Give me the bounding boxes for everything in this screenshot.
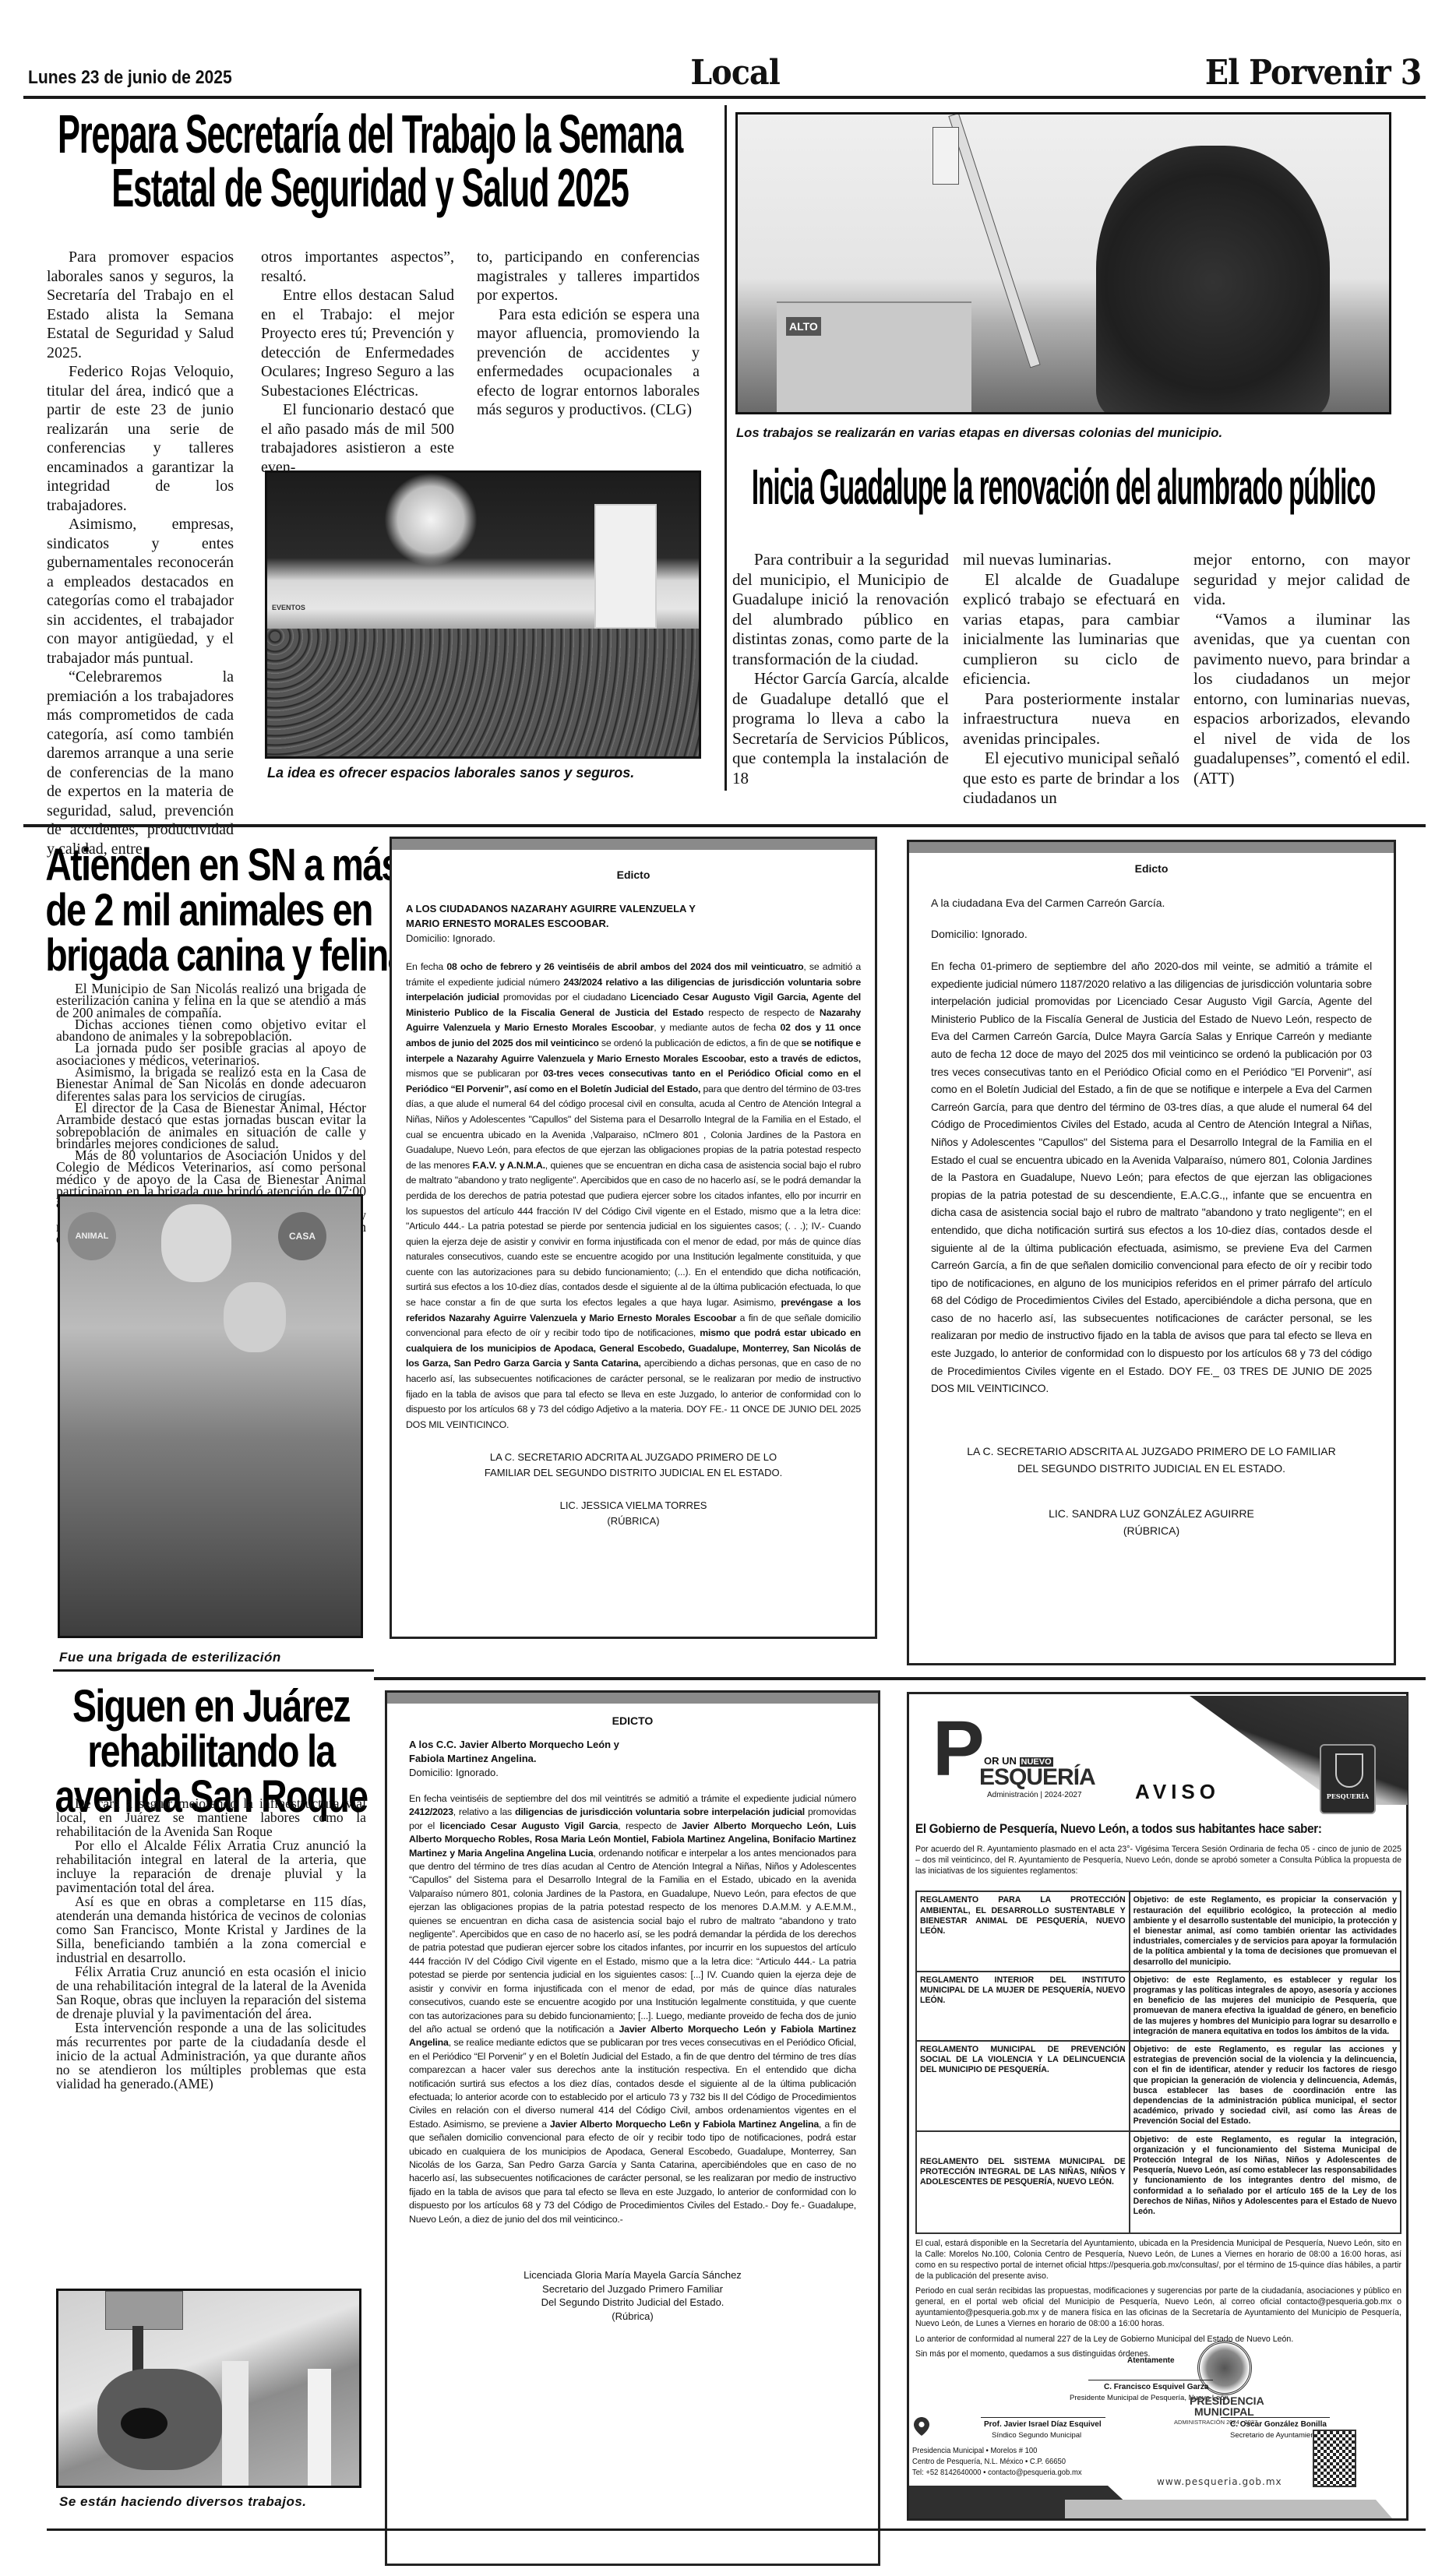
person-4 [308,2369,331,2486]
website-link[interactable]: www.pesqueria.gob.mx [1157,2476,1282,2487]
aviso-title: AVISO [1135,1780,1220,1804]
person-3 [222,2361,249,2486]
aviso-p1: El cual, estará disponible en la Secreta… [915,2239,1401,2282]
person-2 [224,1282,286,1352]
signer2-role: Síndico Segundo Municipal [992,2431,1081,2440]
edicto-3: EDICTO A los C.C. Javier Alberto Morquec… [385,1690,880,2566]
photo-wall-panel [594,504,657,629]
table-row: REGLAMENTO INTERIOR DEL INSTITUTO MUNICI… [916,1972,1401,2041]
logo-letter: P [933,1710,985,1788]
edicto-addressee: A LOS CIUDADANOS NAZARAHY AGUIRRE VALENZ… [406,901,861,931]
edicto-1: Edicto A LOS CIUDADANOS NAZARAHY AGUIRRE… [390,837,877,1639]
chandelier [384,473,478,566]
guadalupe-col-2: mil nuevas luminarias. El alcalde de Gua… [963,550,1179,809]
edicto-title: EDICTO [387,1714,878,1727]
edicto-title: Edicto [909,862,1394,875]
edicto-domicilio: Domicilio: Ignorado. [931,928,1372,940]
table-row: REGLAMENTO MUNICIPAL DE PREVENCIÓN SOCIA… [916,2041,1401,2131]
municipal-shield: PESQUERÍA [1320,1744,1376,1814]
sn-rule [53,1669,374,1672]
caption-trabajo: La idea es ofrecer espacios laborales sa… [267,765,634,781]
drain-pipe [121,2408,167,2439]
trabajo-col-3: to, participando en conferencias magistr… [477,248,700,420]
aviso-lead: El Gobierno de Pesquería, Nuevo León, a … [915,1822,1363,1837]
edicto-2: Edicto A la ciudadana Eva del Carmen Car… [907,840,1396,1665]
qr-code [1313,2430,1356,2487]
headline-sn: Atienden en SN a más de 2 mil animales e… [51,843,366,978]
caption-guadalupe: Los trabajos se realizarán en varias eta… [736,425,1222,441]
headline-guadalupe: Inicia Guadalupe la renovación del alumb… [732,463,1394,512]
newspaper-brand: El Porvenir 3 [1204,53,1421,93]
aviso-pesqueria: P OR UN NUEVO ESQUERÍA Administración | … [907,1692,1408,2521]
trabajo-col-2: otros importantes aspectos”, resaltó. En… [261,248,454,477]
aviso-p2: Periodo en cual serán recibidas las prop… [915,2286,1401,2329]
signer1-name: C. Francisco Esquivel Garza [1104,2383,1209,2391]
edicto-title: Edicto [392,869,875,881]
person-1 [161,1204,231,1282]
guadalupe-col-1: Para contribuir a la seguridad del munic… [732,550,949,788]
edicto-addressee: A los C.C. Javier Alberto Morquecho León… [409,1738,856,1766]
photo-brigada: ANIMAL CASA [58,1194,363,1638]
shield-icon [1335,1753,1363,1788]
aviso-intro: Por acuerdo del R. Ayuntamiento plasmado… [915,1845,1401,1876]
excavator [105,2291,183,2330]
atentamente: Atentamente [1127,2356,1175,2365]
edicto-signature: LA C. SECRETARIO ADCRITA AL JUZGADO PRIM… [392,1450,875,1529]
footer-band-light [1065,2500,1392,2518]
bottom-rule-right [374,2528,1426,2531]
edicto-addressee: A la ciudadana Eva del Carmen Carreón Ga… [931,897,1372,909]
edicto-domicilio: Domicilio: Ignorado. [406,931,861,946]
section-rule-2 [374,1677,1426,1680]
aviso-content: El Gobierno de Pesquería, Nuevo León, a … [915,1822,1401,2360]
signer3-role: Secretario de Ayuntamiento [1230,2431,1321,2440]
tree [1096,146,1330,414]
location-pin-icon [914,2417,929,2436]
pesqueria-logo: P OR UN NUEVO ESQUERÍA Administración | … [933,1716,1081,1802]
edicto-domicilio: Domicilio: Ignorado. [409,1766,856,1780]
crane-bucket [933,127,959,185]
crowd [267,629,699,759]
edicto-body: En fecha 01-primero de septiembre del añ… [931,957,1372,1397]
badge-casa: CASA [278,1212,326,1260]
shield-label: PESQUERÍA [1321,1792,1374,1800]
signature-line-3 [1221,2417,1330,2418]
signature-line-2 [981,2417,1105,2418]
caption-juarez: Se están haciendo diversos trabajos. [59,2494,307,2510]
reglamentos-table: REGLAMENTO PARA LA PROTECCIÓN AMBIENTAL,… [915,1891,1401,2234]
section-title: Local [690,53,780,93]
masthead-rule [23,96,1426,99]
edicto-header-bar [392,839,875,850]
headline-trabajo: Prepara Secretaría del Trabajo la Semana… [31,107,709,214]
edicto-body: En fecha 08 ocho de febrero y 26 veintis… [406,960,861,1432]
edicto-signature: Licenciada Gloria María Mayela García Sá… [387,2268,878,2323]
edicto-header-bar [387,1693,878,1704]
photo-sign: EVENTOS [272,604,305,611]
signature-line-1 [1088,2380,1213,2380]
edicto-header-bar [909,842,1394,853]
aviso-p3: Lo anterior de conformidad al numeral 22… [915,2335,1401,2345]
table-row: REGLAMENTO DEL SISTEMA MUNICIPAL DE PROT… [916,2131,1401,2234]
edicto-body: En fecha veintiséis de septiembre del do… [409,1792,856,2226]
signer3-name: C. Oscar González Bonilla [1230,2420,1327,2429]
column-divider [724,105,727,791]
issue-date: Lunes 23 de junio de 2025 [28,67,232,89]
signer2-name: Prof. Javier Israel Díaz Esquivel [984,2420,1102,2429]
bottom-rule-left [47,2528,374,2531]
photo-streetlight: ALTO [735,112,1391,414]
contact-address: Presidencia Municipal • Morelos # 100 Ce… [912,2445,1082,2478]
photo-stop-sign: ALTO [786,317,821,336]
section-rule-1 [23,824,1426,827]
photo-auditorium: EVENTOS [265,470,701,759]
edicto-signature: LA C. SECRETARIO ADSCRITA AL JUZGADO PRI… [909,1443,1394,1539]
logo-big: ESQUERÍA [979,1764,1095,1791]
logo-admin: Administración | 2024-2027 [987,1791,1082,1799]
guadalupe-col-3: mejor entorno, con mayor seguridad y mej… [1193,550,1410,788]
caption-sn: Fue una brigada de esterilización [59,1650,281,1665]
table-row: REGLAMENTO PARA LA PROTECCIÓN AMBIENTAL,… [916,1891,1401,1971]
juarez-body: De cara a seguir mejorando la infraestru… [56,1796,366,2091]
trabajo-col-1: Para promover espacios laborales sanos y… [47,248,234,858]
photo-san-roque [56,2289,361,2488]
badge-animal: ANIMAL [68,1212,116,1260]
